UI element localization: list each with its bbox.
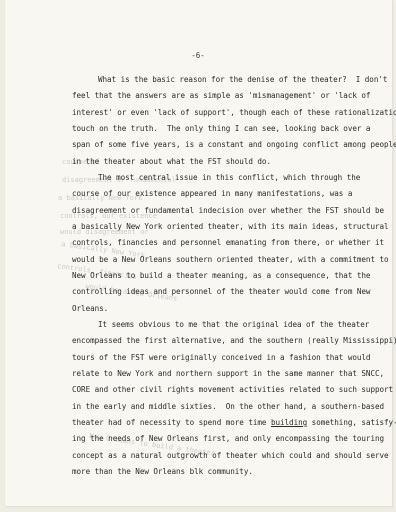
text-line: controls, financies and personnel emanat… bbox=[72, 238, 384, 248]
text-line: The most central issue in this conflict,… bbox=[98, 173, 360, 183]
text-line: ing the needs of New Orleans first, and … bbox=[72, 434, 384, 444]
text-line: controlling ideas and personnel of the t… bbox=[72, 287, 370, 297]
text-line: Orleans. bbox=[72, 304, 108, 314]
text-line: encompassed the first alternative, and t… bbox=[72, 336, 396, 346]
page-number: -6- bbox=[0, 51, 396, 60]
text-line: theater had of necessity to spend more t… bbox=[72, 418, 396, 428]
text-segment: theater had of necessity to spend more t… bbox=[72, 418, 271, 427]
text-line: concept as a natural outgrowth of theate… bbox=[72, 451, 389, 461]
underlined-word: building bbox=[271, 418, 307, 427]
text-line: a basically New York oriented theater, w… bbox=[72, 222, 389, 232]
text-line: in the early and middle sixties. On the … bbox=[72, 402, 384, 412]
text-line: New Orleans to build a theater meaning, … bbox=[72, 271, 370, 281]
text-line: CORE and other civil rights movement act… bbox=[72, 385, 393, 395]
text-segment: something, satisfy- bbox=[307, 418, 396, 427]
text-line: interest' or even 'lack of support', tho… bbox=[72, 108, 396, 118]
text-line: span of some five years, is a constant a… bbox=[72, 140, 396, 150]
text-line: tours of the FST were originally conceiv… bbox=[72, 353, 370, 363]
text-line: would be a New Orleans southern oriented… bbox=[72, 255, 389, 265]
text-line: course of our existence appeared in many… bbox=[72, 189, 352, 199]
text-line: in the theater about what the FST should… bbox=[72, 157, 271, 167]
text-line: relate to New York and northern support … bbox=[72, 369, 384, 379]
text-line: What is the basic reason for the denise … bbox=[98, 75, 387, 85]
text-line: It seems obvious to me that the original… bbox=[98, 320, 369, 330]
text-line: more than the New Orleans blk community. bbox=[72, 467, 253, 477]
text-line: feel that the answers are as simple as '… bbox=[72, 91, 370, 101]
text-line: touch on the truth. The only thing I can… bbox=[72, 124, 370, 134]
text-line: disagreement or fundamental indecision o… bbox=[72, 206, 384, 216]
